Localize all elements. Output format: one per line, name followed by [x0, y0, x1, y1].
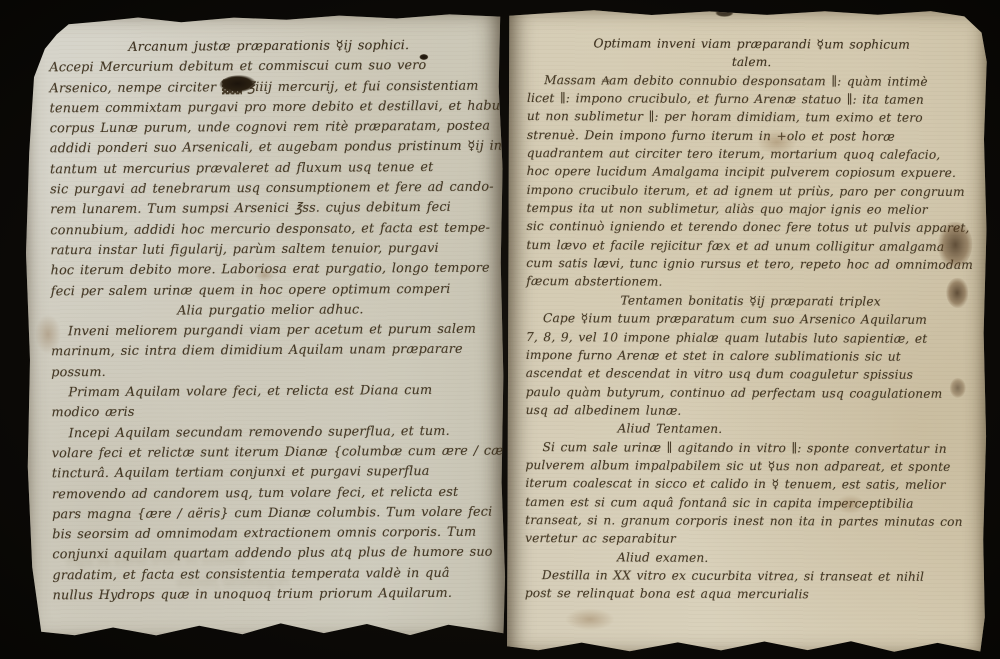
manuscript-line: Inveni meliorem purgandi viam per acetum…: [51, 320, 490, 343]
manuscript-line: addidi ponderi suo Arsenicali, et augeba…: [50, 137, 489, 160]
manuscript-line: removendo ad candorem usq, tum volare fe…: [52, 482, 491, 505]
manuscript-line: marinum, sic intra diem dimidium Aquilam…: [51, 340, 490, 363]
photo-background: Arcanum justæ præparationis ☿ij sophici.…: [0, 0, 1000, 659]
manuscript-line: corpus Lunæ purum, unde cognovi rem ritè…: [50, 117, 489, 140]
manuscript-line: feci per salem urinæ quem in hoc opere o…: [51, 279, 490, 302]
manuscript-line: hoc opere lucidum Amalgama incipit pulve…: [527, 162, 976, 182]
manuscript-line: Cape ☿ium tuum præparatum cum suo Arseni…: [526, 309, 975, 329]
manuscript-line: tum lævo et facile rejicitur fæx et ad u…: [526, 236, 975, 256]
foxing-spot: [565, 608, 615, 630]
manuscript-line: cum satis lævi, tunc ignio rursus et ter…: [526, 254, 975, 274]
manuscript-line: vertetur ac separabitur: [525, 529, 974, 549]
manuscript-line: ratura instar luti figularij, parùm salt…: [50, 239, 489, 262]
manuscript-line: usq ad albedinem lunæ.: [526, 401, 975, 421]
manuscript-line: tempus ita ut non sublimetur, aliàs quo …: [526, 199, 975, 219]
manuscript-line: 7, 8, 9, vel 10 impone phialæ quam lutab…: [526, 328, 975, 348]
right-page-text: Optimam inveni viam præparandi ☿um sophi…: [525, 34, 976, 605]
manuscript-line: impono crucibulo iterum, et ad ignem ut …: [527, 181, 976, 201]
manuscript-line: fæcum abstertionem.: [526, 273, 975, 293]
manuscript-line: ascendat et descendat in vitro usq dum c…: [526, 364, 975, 384]
manuscript-line: quadrantem aut circiter tero iterum, mor…: [527, 144, 976, 164]
manuscript-line: paulo quàm butyrum, continuo ad perfecta…: [526, 383, 975, 403]
manuscript-line: gradatim, et facta est consistentia temp…: [52, 563, 491, 586]
manuscript-line: rem lunarem. Tum sumpsi Arsenici ℥ss. cu…: [50, 198, 489, 221]
manuscript-line: pars magna {ære / aëris} cum Dianæ colum…: [52, 502, 491, 525]
manuscript-line: Destilla in XX vitro ex cucurbita vitrea…: [525, 566, 974, 586]
manuscript-line: possum.: [51, 360, 490, 383]
manuscript-line: licet ∥: impono crucibulo, et furno Aren…: [527, 89, 976, 109]
manuscript-line: Aliud Tentamen.: [526, 419, 975, 439]
manuscript-line: sic purgavi ad tenebrarum usq consumptio…: [50, 178, 489, 201]
manuscript-line: tantum ut mercurius prævaleret ad fluxum…: [50, 157, 489, 180]
manuscript-line: Primam Aquilam volare feci, et relicta e…: [51, 381, 490, 404]
manuscript-line: Si cum sale urinæ ∥ agitando in vitro ∥:…: [525, 438, 974, 458]
manuscript-line: Incepi Aquilam secundam removendo superf…: [52, 421, 491, 444]
manuscript-line: talem.: [527, 52, 976, 72]
manuscript-line: bis seorsim ad omnimodam extractionem om…: [52, 523, 491, 546]
manuscript-line: modico æris: [51, 401, 490, 424]
manuscript-line: Alia purgatio melior adhuc.: [51, 299, 490, 322]
manuscript-line: connubium, addidi hoc mercurio desponsat…: [50, 218, 489, 241]
manuscript-line: Tentamen bonitatis ☿ij præparati triplex: [526, 291, 975, 311]
manuscript-line: volare feci et relictæ sunt iterum Dianæ…: [52, 442, 491, 465]
manuscript-line: Aliud examen.: [525, 548, 974, 568]
manuscript-line: tamen est si cum aquâ fontanâ sic in cap…: [525, 493, 974, 513]
manuscript-line: Arcanum justæ præparationis ☿ij sophici.: [49, 36, 488, 59]
manuscript-line: ut non sublimetur ∥: per horam dimidiam,…: [527, 107, 976, 127]
manuscript-line: tenuem commixtam purgavi pro more debito…: [50, 97, 489, 120]
manuscript-line: Accepi Mercurium debitum et commiscui cu…: [49, 56, 488, 79]
manuscript-line: pulverem album impalpabilem sic ut ☿us n…: [525, 456, 974, 476]
manuscript-line: tincturâ. Aquilam tertiam conjunxi et pu…: [52, 462, 491, 485]
manuscript-line: sic continuò igniendo et terendo donec f…: [526, 217, 975, 237]
manuscript-line: Arsenico, nempe circiter ▓▓ ℥iiij mercur…: [49, 76, 488, 99]
left-page-text: Arcanum justæ præparationis ☿ij sophici.…: [49, 36, 491, 607]
manuscript-line: hoc iterum debito more. Laboriosa erat p…: [51, 259, 490, 282]
manuscript-right-page: Optimam inveni viam præparandi ☿um sophi…: [505, 8, 989, 656]
manuscript-line: conjunxi aquilam quartam addendo plus at…: [52, 543, 491, 566]
manuscript-line: Massam ₳am debito connubio desponsatam ∥…: [527, 71, 976, 91]
manuscript-line: nullus Hydrops quæ in unoquoq trium prio…: [53, 584, 492, 607]
manuscript-line: Optimam inveni viam præparandi ☿um sophi…: [527, 34, 976, 54]
manuscript-line: post se relinquat bona est aqua mercuria…: [525, 584, 974, 604]
manuscript-line: iterum coalescat in sicco et calido in ☿…: [525, 474, 974, 494]
manuscript-line: impone furno Arenæ et stet in calore sub…: [526, 346, 975, 366]
manuscript-left-page: Arcanum justæ præparationis ☿ij sophici.…: [23, 12, 506, 643]
manuscript-line: transeat, si n. granum corporis inest no…: [525, 511, 974, 531]
top-smudge: [715, 9, 733, 17]
manuscript-line: strenuè. Dein impono furno iterum in +ol…: [527, 126, 976, 146]
